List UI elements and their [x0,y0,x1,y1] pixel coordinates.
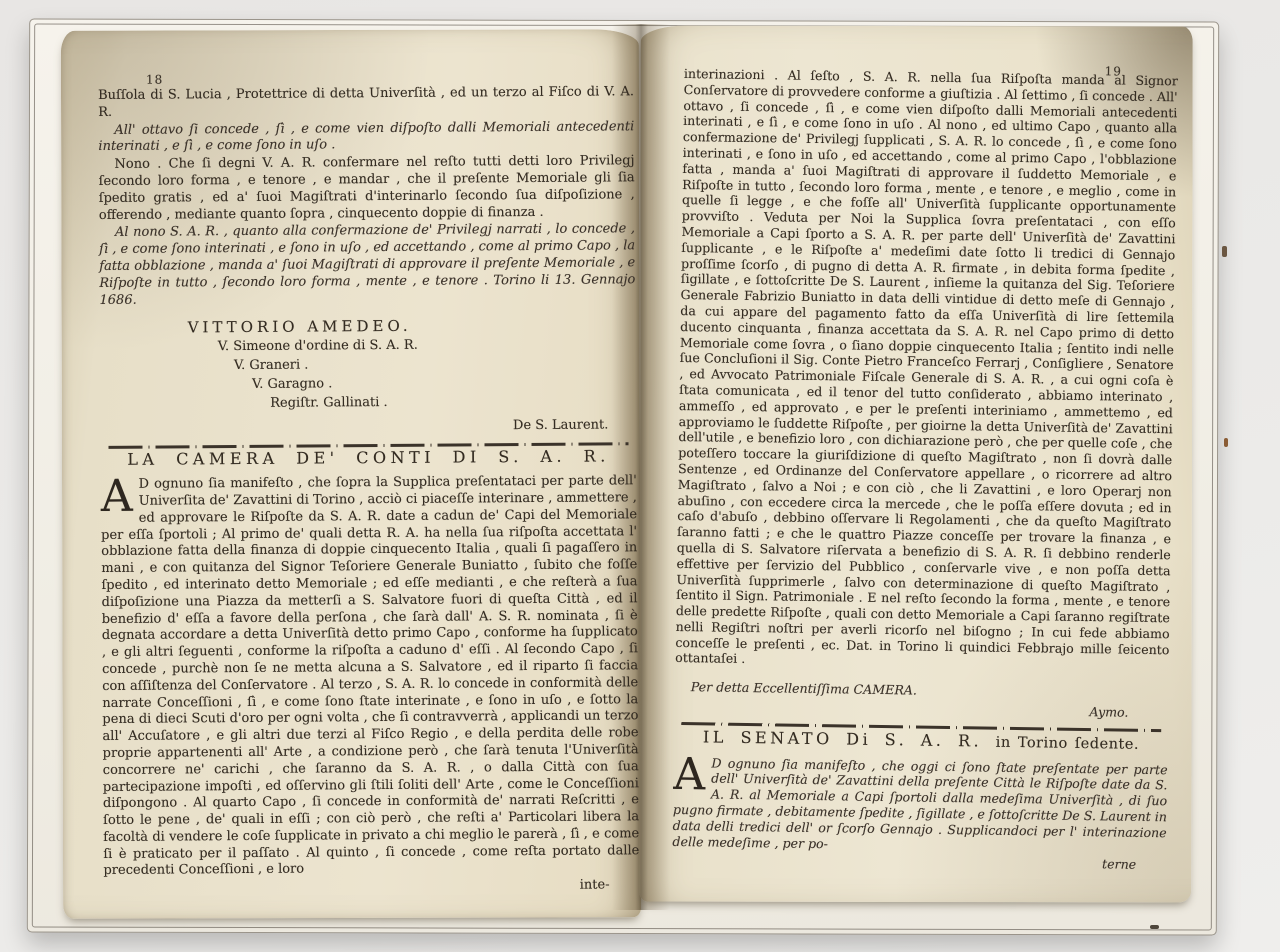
signature-block: VITTORIO AMEDEO. V. Simeone d'ordine di … [100,316,637,439]
signature-de-s-laurent: De S. Laurent. [100,416,608,439]
open-book: 18 Buſſola di S. Lucia , Protettrice di … [0,0,1280,952]
dropcap-initial: A [101,477,139,514]
page-number: 19 [1105,64,1123,80]
para-nono-response: Al nono S. A. R. , quanto alla confermaz… [99,222,636,310]
senato-heading-caps: IL SENATO Di S. A. R. [703,727,982,750]
right-page-text: 19 interinazioni . Al ſeſto , S. A. R. n… [672,66,1178,873]
catchword: inte- [104,878,610,898]
camera-decree-text: D ognuno ſia manifeſto , che ſopra la Su… [101,473,639,878]
aymo-signature: Aymo. [674,698,1128,721]
cover-speck [1224,438,1228,447]
para-bussola: Buſſola di S. Lucia , Protettrice di det… [98,84,634,121]
cover-speck [1222,246,1227,257]
senato-paragraph: AD ognuno ſia manifeſto , che oggi ci ſo… [672,755,1167,857]
signature-gallinati: Regiſtr. Gallinati . [270,392,636,414]
para-ottavo-response: All' ottavo ſi concede , ſì , e come vie… [98,119,634,156]
para-nono-petition: Nono . Che ſi degni V. A. R. confermare … [98,153,634,224]
left-page-text: 18 Buſſola di S. Lucia , Protettrice di … [98,84,640,898]
dropcap-initial: A [673,755,711,793]
senato-heading-tail: in Torino ſedente. [996,735,1140,753]
photo-background: 18 Buſſola di S. Lucia , Protettrice di … [0,0,1280,952]
camera-decree-continued: interinazioni . Al ſeſto , S. A. R. nell… [675,66,1178,674]
camera-heading: LA CAMERA DE' CONTI DI S. A. R. [101,449,637,470]
senato-heading: IL SENATO Di S. A. R. in Torino ſedente. [674,729,1168,754]
camera-decree-paragraph: AD ognuno ſia manifeſto , che ſopra la S… [101,473,640,880]
page-number: 18 [146,72,163,89]
senato-paragraph-text: D ognuno ſia manifeſto , che oggi ci ſon… [672,755,1167,851]
cover-speck [1150,925,1159,929]
